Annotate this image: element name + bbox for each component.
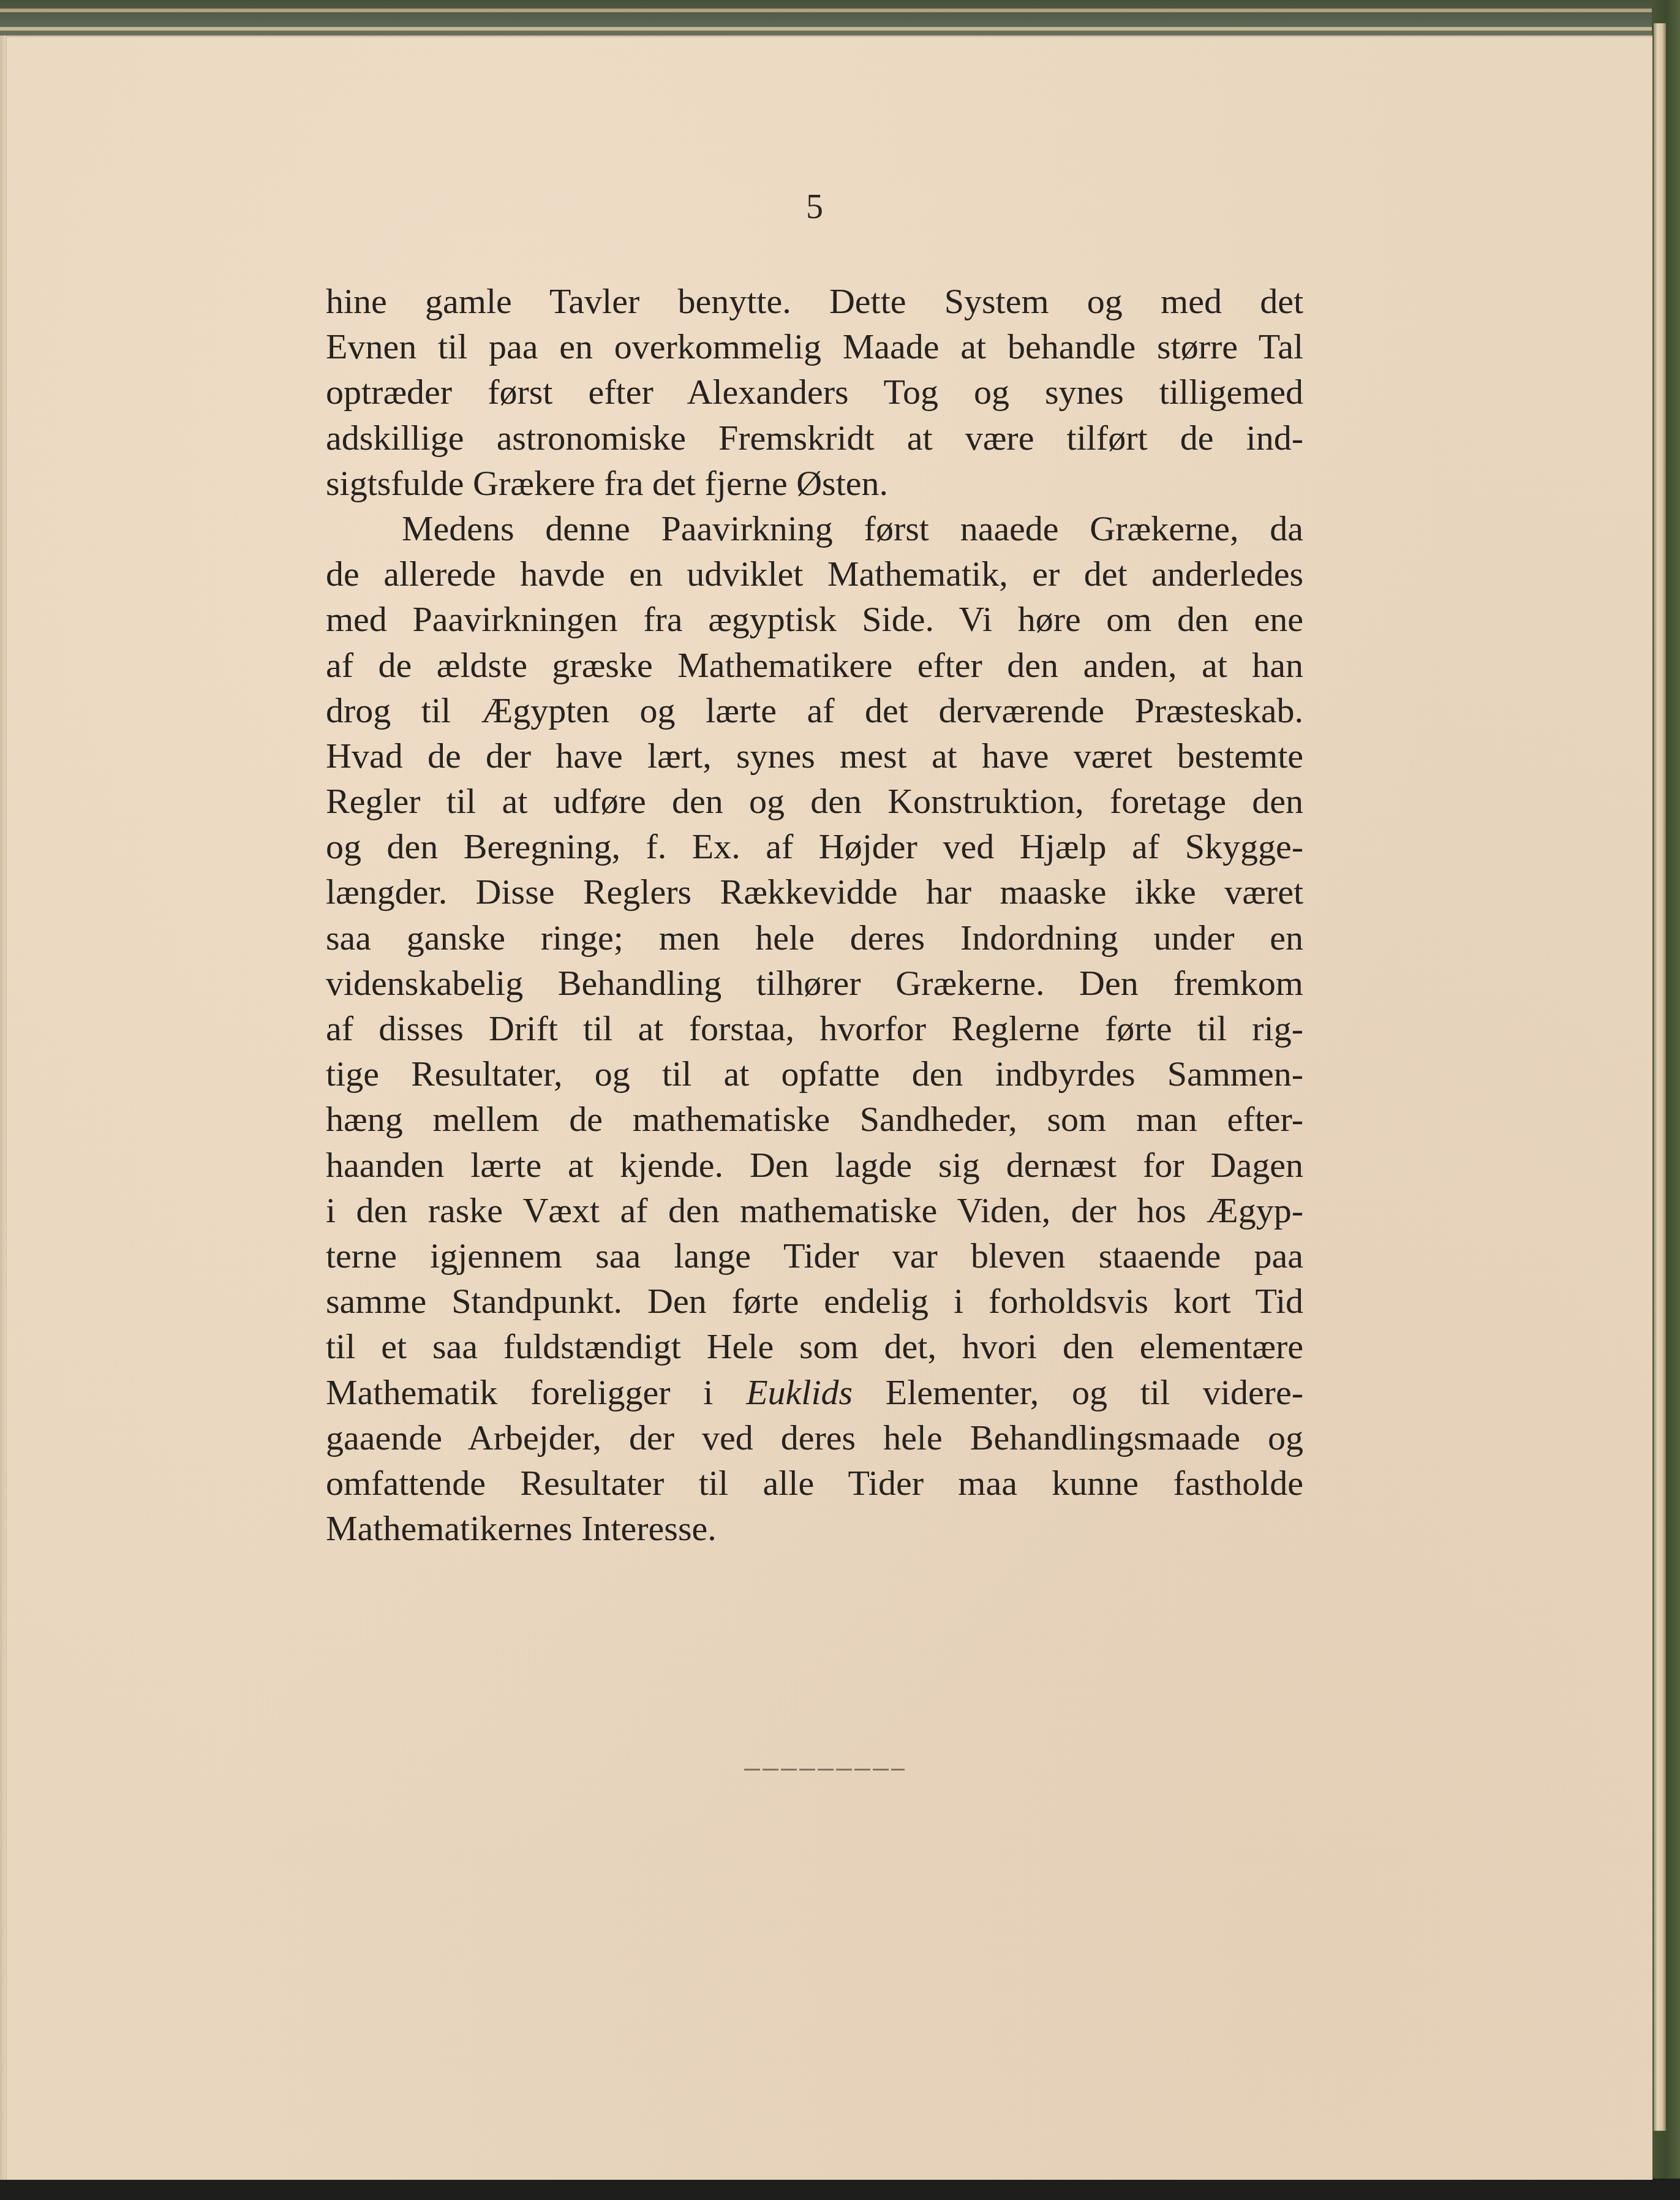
text-segment: Elementer, og til videre- <box>853 1372 1303 1412</box>
text-line: Hvad de der have lært, synes mest at hav… <box>326 733 1303 779</box>
text-line: Regler til at udføre den og den Konstruk… <box>326 779 1303 824</box>
text-line: længder. Disse Reglers Rækkevidde har ma… <box>326 869 1303 915</box>
text-line: terne igjennem saa lange Tider var bleve… <box>326 1233 1303 1279</box>
scan-background-strip <box>0 2179 1680 2200</box>
body-text: hine gamle Tavler benytte. Dette System … <box>326 279 1303 1551</box>
text-line: sigtsfulde Grækere fra det fjerne Østen. <box>326 461 1303 506</box>
text-line: Medens denne Paavirkning først naaede Gr… <box>326 506 1303 551</box>
text-line: tige Resultater, og til at opfatte den i… <box>326 1051 1303 1097</box>
text-line: med Paavirkningen fra ægyptisk Side. Vi … <box>326 597 1303 642</box>
text-line-with-italic: Mathematik foreligger i Euklids Elemente… <box>326 1370 1303 1415</box>
text-line: adskillige astronomiske Fremskridt at væ… <box>326 415 1303 461</box>
paragraph: Medens denne Paavirkning først naaede Gr… <box>326 506 1303 1551</box>
text-line: hine gamle Tavler benytte. Dette System … <box>326 279 1303 324</box>
text-line: Evnen til paa en overkommelig Maade at b… <box>326 324 1303 369</box>
text-line: videnskabelig Behandling tilhører Græker… <box>326 961 1303 1006</box>
text-line: i den raske Væxt af den mathematiske Vid… <box>326 1188 1303 1233</box>
text-line: samme Standpunkt. Den førte endelig i fo… <box>326 1279 1303 1324</box>
text-line: hæng mellem de mathematiske Sandheder, s… <box>326 1097 1303 1142</box>
book-cover-top-edge <box>0 0 1680 38</box>
cover-page-edge <box>0 9 1656 12</box>
text-line: optræder først efter Alexanders Tog og s… <box>326 369 1303 415</box>
page-gutter-fold <box>0 36 6 2180</box>
text-line: omfattende Resultater til alle Tider maa… <box>326 1461 1303 1506</box>
italic-name-euklids: Euklids <box>746 1372 853 1412</box>
text-segment: Mathematik foreligger i <box>326 1372 746 1412</box>
text-line: og den Beregning, f. Ex. af Højder ved H… <box>326 824 1303 869</box>
paragraph: hine gamle Tavler benytte. Dette System … <box>326 279 1303 506</box>
text-line: saa ganske ringe; men hele deres Indordn… <box>326 915 1303 961</box>
cover-page-edge <box>0 27 1662 31</box>
text-line: Mathematikernes Interesse. <box>326 1506 1303 1551</box>
text-line: af disses Drift til at forstaa, hvorfor … <box>326 1006 1303 1051</box>
text-line: til et saa fuldstændigt Hele som det, hv… <box>326 1324 1303 1369</box>
text-line: haanden lærte at kjende. Den lagde sig d… <box>326 1143 1303 1188</box>
book-board-edge <box>1654 23 1666 2131</box>
text-line: de allerede havde en udviklet Mathematik… <box>326 551 1303 597</box>
section-end-rule <box>744 1769 905 1771</box>
page-number: 5 <box>796 190 833 224</box>
text-line: gaaende Arbejder, der ved deres hele Beh… <box>326 1415 1303 1461</box>
text-line: drog til Ægypten og lærte af det dervære… <box>326 688 1303 733</box>
text-line: af de ældste græske Mathematikere efter … <box>326 643 1303 688</box>
